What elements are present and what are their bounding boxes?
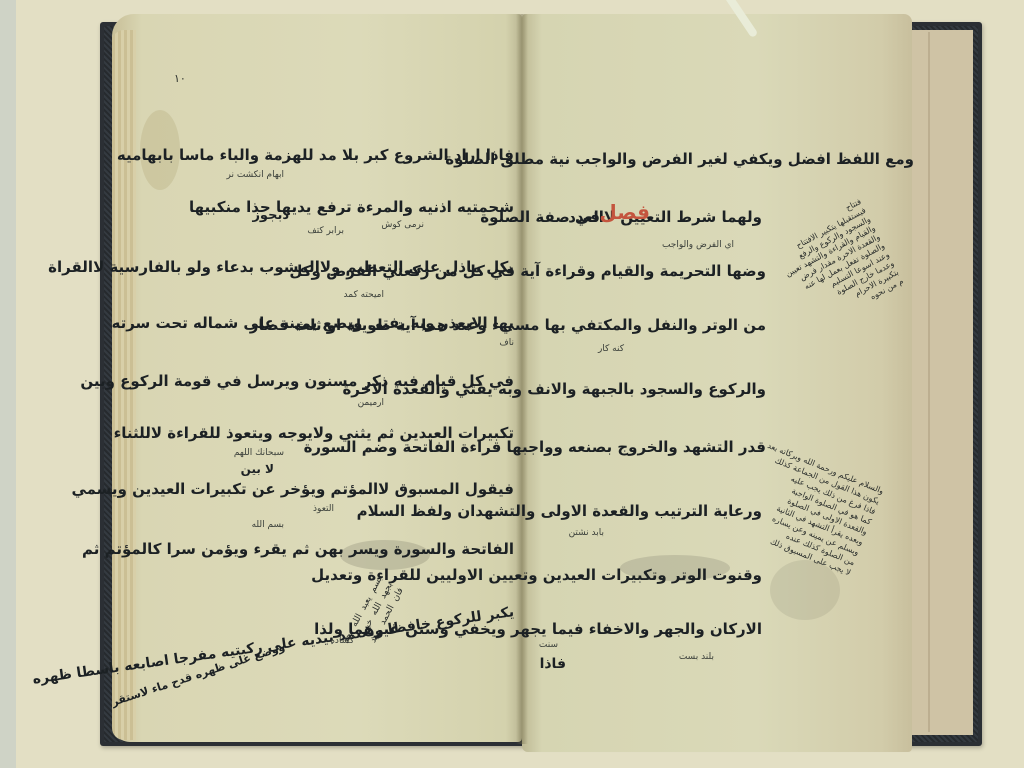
- interlinear-gloss: ارمیمن: [358, 398, 384, 408]
- interlinear-gloss: ابهام انكشت نر: [226, 170, 284, 180]
- manuscript-line: الاركان والجهر والاخفاء فيما يجهر ويخفي …: [314, 620, 762, 638]
- interlinear-gloss: التعوذ: [313, 504, 334, 514]
- background-edge: [0, 0, 16, 768]
- interlinear-gloss: كنه كار: [598, 344, 624, 354]
- interlinear-gloss: سنت: [539, 640, 558, 650]
- manuscript-line: شحمتيه اذنيه والمرءة ترفع يديها حذا منكب…: [189, 198, 514, 216]
- manuscript-line: والركوع والسجود بالجبهة والانف وبه يفتي …: [342, 380, 766, 398]
- manuscript-line: ومع اللفظ افضل ويكفي لغير الفرض والواجب …: [445, 150, 914, 168]
- interlinear-gloss: برابر کتف: [307, 226, 344, 236]
- manuscript-line: من الوتر والنفل والمكتفي بها مسيء وعند ه…: [250, 316, 766, 334]
- interlinear-gloss: اي الفرض والواجب: [662, 240, 734, 250]
- manuscript-side-word: لا بين: [241, 462, 274, 476]
- manuscript-line: في صفة الصلوة: [480, 208, 600, 226]
- catchword: فاذا: [540, 656, 566, 672]
- page-number: ١٠: [174, 72, 186, 85]
- manuscript-line: فيقول المسبوق لاالمؤتم ويؤخر عن تكبيرات …: [71, 480, 514, 498]
- interlinear-gloss: سبحانك اللهم: [234, 448, 284, 458]
- interlinear-gloss: بلند بست: [679, 652, 714, 662]
- manuscript-side-word: دبجوز: [252, 208, 289, 223]
- interlinear-gloss: بابد نشتن: [569, 528, 604, 538]
- interlinear-gloss: امیحته کمد: [344, 290, 384, 300]
- rubric-heading: فصل: [599, 200, 650, 224]
- interlinear-gloss: نرمی کوش: [381, 220, 424, 230]
- interlinear-gloss: بسم الله: [252, 520, 284, 530]
- manuscript-line: الفاتحة والسورة ويسر بهن ثم يقرء ويؤمن س…: [82, 540, 514, 558]
- manuscript-line: وقنوت الوتر وتكبيرات العيدين وتعيين الاو…: [311, 566, 762, 584]
- endpaper-fold: [928, 32, 930, 732]
- manuscript-line: وضها التحريمة والقيام وقراءة آية في كل م…: [289, 262, 766, 280]
- manuscript-line: قدر التشهد والخروج بصنعه وواجبها قراءة ا…: [304, 438, 766, 456]
- interlinear-gloss: ناف: [499, 338, 514, 348]
- manuscript-line: ورعاية الترتيب والقعدة الاولى والتشهدان …: [357, 502, 762, 520]
